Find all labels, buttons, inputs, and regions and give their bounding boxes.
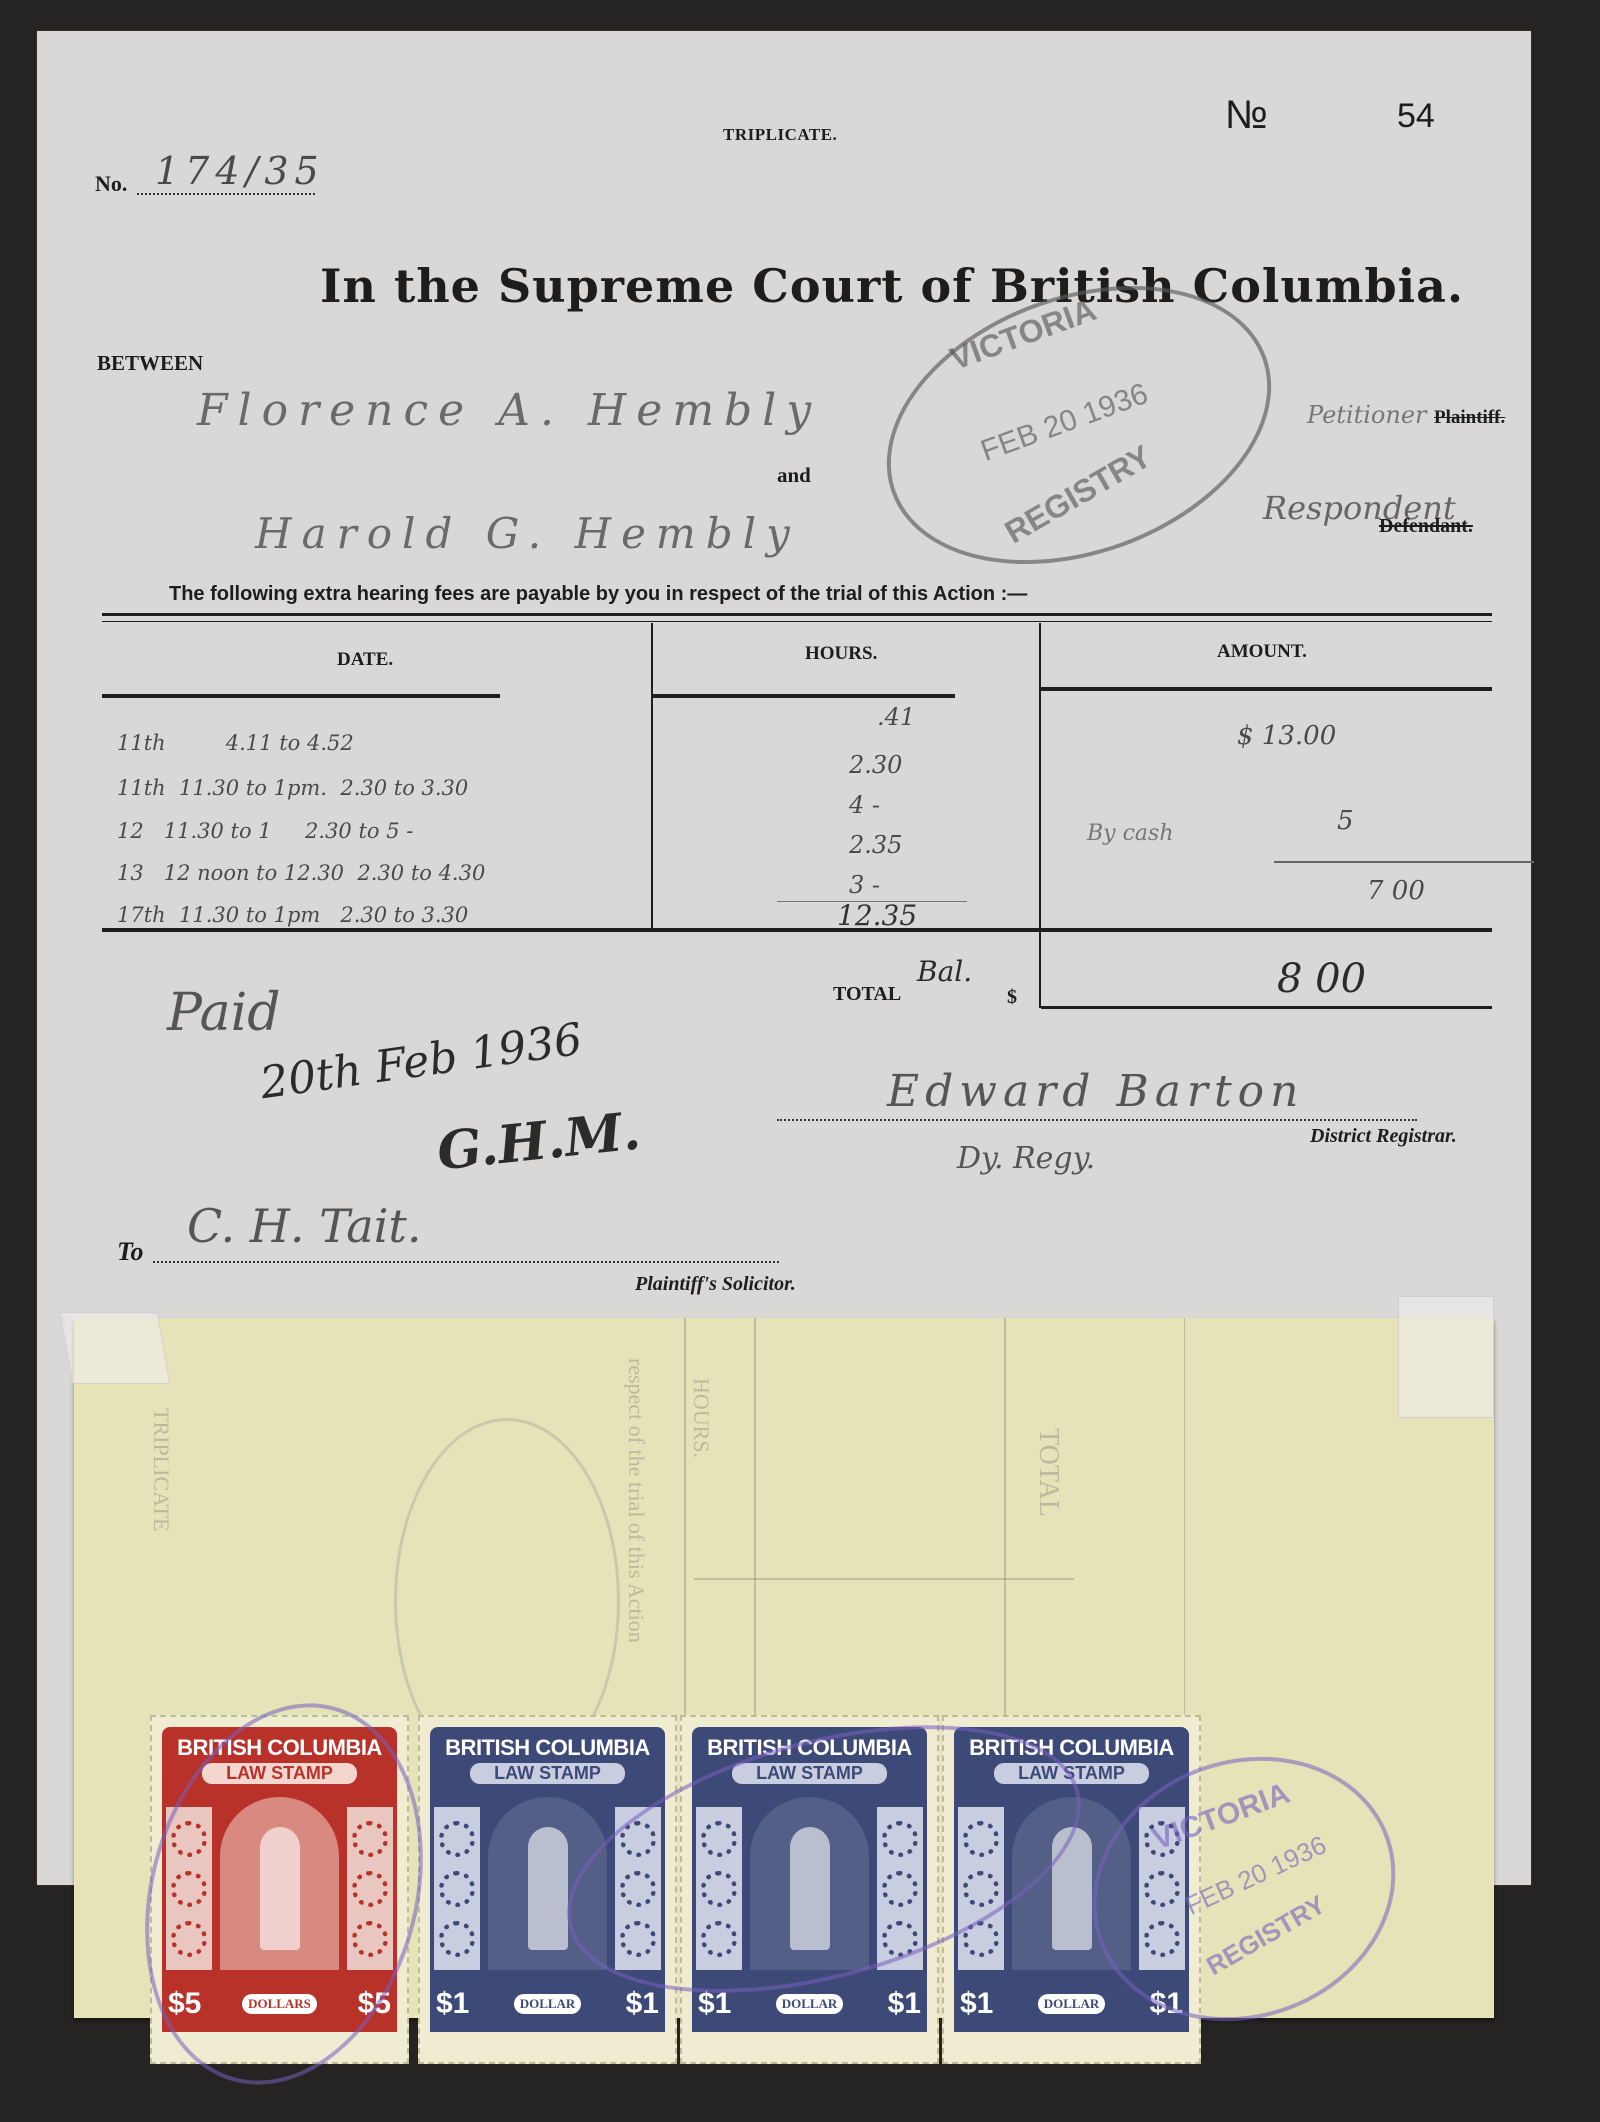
ghost-action-text: respect of the trial of this Action: [623, 1358, 649, 1643]
defendant-label: Defendant.: [1379, 515, 1473, 538]
table-top-rule-thin: [102, 621, 1492, 622]
table-bottom-rule: [102, 928, 1492, 932]
stamp-denomination: DOLLAR: [514, 1994, 582, 2014]
copy-label: TRIPLICATE.: [723, 125, 837, 145]
row-hours: 2.30: [849, 751, 902, 779]
amount-sub-rule: [1274, 861, 1534, 863]
row-date: 11th 4.11 to 4.52: [117, 731, 354, 755]
row-date: 13 12 noon to 12.30 2.30 to 4.30: [117, 861, 485, 885]
plaintiff-label: Plaintiff.: [1434, 407, 1505, 429]
between-label: BETWEEN: [97, 351, 203, 376]
row-hours: 4 -: [849, 791, 880, 819]
fees-intro: The following extra hearing fees are pay…: [169, 583, 1027, 606]
stamp-value: $1: [960, 1987, 993, 2021]
col-header-hours: HOURS.: [805, 643, 877, 665]
defendant-name: Harold G. Hembly: [255, 509, 800, 558]
amount-line-2-value: 5: [1337, 806, 1354, 836]
to-label: To: [117, 1237, 144, 1267]
hours-total: 12.35: [837, 899, 917, 932]
col-header-date: DATE.: [337, 649, 393, 671]
total-rule: [1041, 1006, 1492, 1009]
col-divider-1: [651, 623, 653, 928]
plaintiff-handwritten-role: Petitioner: [1307, 401, 1427, 429]
amount-line-3-value: 7 00: [1367, 876, 1425, 906]
ghost-rule: [694, 1578, 1074, 1580]
header-rule-amount: [1041, 687, 1492, 691]
header-rule-date: [102, 694, 500, 698]
row-hours: 2.35: [849, 831, 902, 859]
stamp-value: $1: [436, 1987, 469, 2021]
amount-line-1: $ 13.00: [1237, 721, 1336, 751]
row-date: 12 11.30 to 1 2.30 to 5 -: [117, 819, 413, 843]
row-hours: 3 -: [849, 871, 880, 899]
court-title: In the Supreme Court of British Columbia…: [320, 259, 1464, 313]
col-divider-2: [1039, 623, 1041, 1008]
paid-note-initials: G.H.M.: [434, 1101, 643, 1183]
case-no-line: [137, 193, 315, 195]
ghost-triplicate: TRIPLICATE: [148, 1408, 174, 1531]
registrar-signature: Edward Barton: [887, 1066, 1304, 1117]
and-label: and: [777, 463, 811, 488]
stamp-value: $1: [626, 1987, 659, 2021]
row-date: 11th 11.30 to 1pm. 2.30 to 3.30: [117, 776, 468, 800]
addressee-name: C. H. Tait.: [187, 1199, 422, 1253]
mounting-tape-left: [60, 1312, 171, 1384]
header-rule-hours: [653, 694, 955, 698]
serial-number: 54: [1397, 97, 1435, 136]
mounting-tape-right: [1398, 1296, 1494, 1418]
amount-line-2-label: By cash: [1087, 821, 1174, 846]
row-date: 17th 11.30 to 1pm 2.30 to 3.30: [117, 903, 468, 927]
registrar-label: District Registrar.: [1310, 1125, 1457, 1148]
ghost-hours: HOURS.: [688, 1378, 714, 1458]
stamp-denomination: DOLLAR: [776, 1994, 844, 2014]
total-value: 8 00: [1277, 956, 1366, 1002]
case-no-value: 174/35: [155, 149, 325, 193]
paid-note-line1: Paid: [167, 983, 281, 1043]
addressee-line: [153, 1261, 779, 1263]
total-label: TOTAL: [833, 983, 901, 1006]
justice-figure-icon: [528, 1827, 568, 1950]
case-no-label: No.: [95, 171, 127, 197]
table-top-rule: [102, 613, 1492, 616]
paid-note-date: 20th Feb 1936: [257, 1014, 585, 1110]
col-header-amount: AMOUNT.: [1217, 641, 1307, 663]
registrar-signature-line: [777, 1119, 1417, 1121]
addressee-role: Plaintiff's Solicitor.: [635, 1273, 796, 1296]
total-currency: $: [1007, 986, 1017, 1009]
stamp-denomination: DOLLAR: [1038, 1994, 1106, 2014]
row-hours: .41: [877, 703, 915, 731]
stamp-type: LAW STAMP: [470, 1763, 625, 1784]
ghost-total: TOTAL: [1032, 1428, 1064, 1517]
plaintiff-name: Florence A. Hembly: [197, 385, 821, 436]
registrar-deputy: Dy. Regy.: [957, 1141, 1095, 1176]
serial-symbol: №: [1225, 93, 1268, 138]
stamp-value: $1: [888, 1987, 921, 2021]
stamp-country: BRITISH COLUMBIA: [430, 1735, 665, 1761]
total-note: Bal.: [917, 955, 972, 988]
